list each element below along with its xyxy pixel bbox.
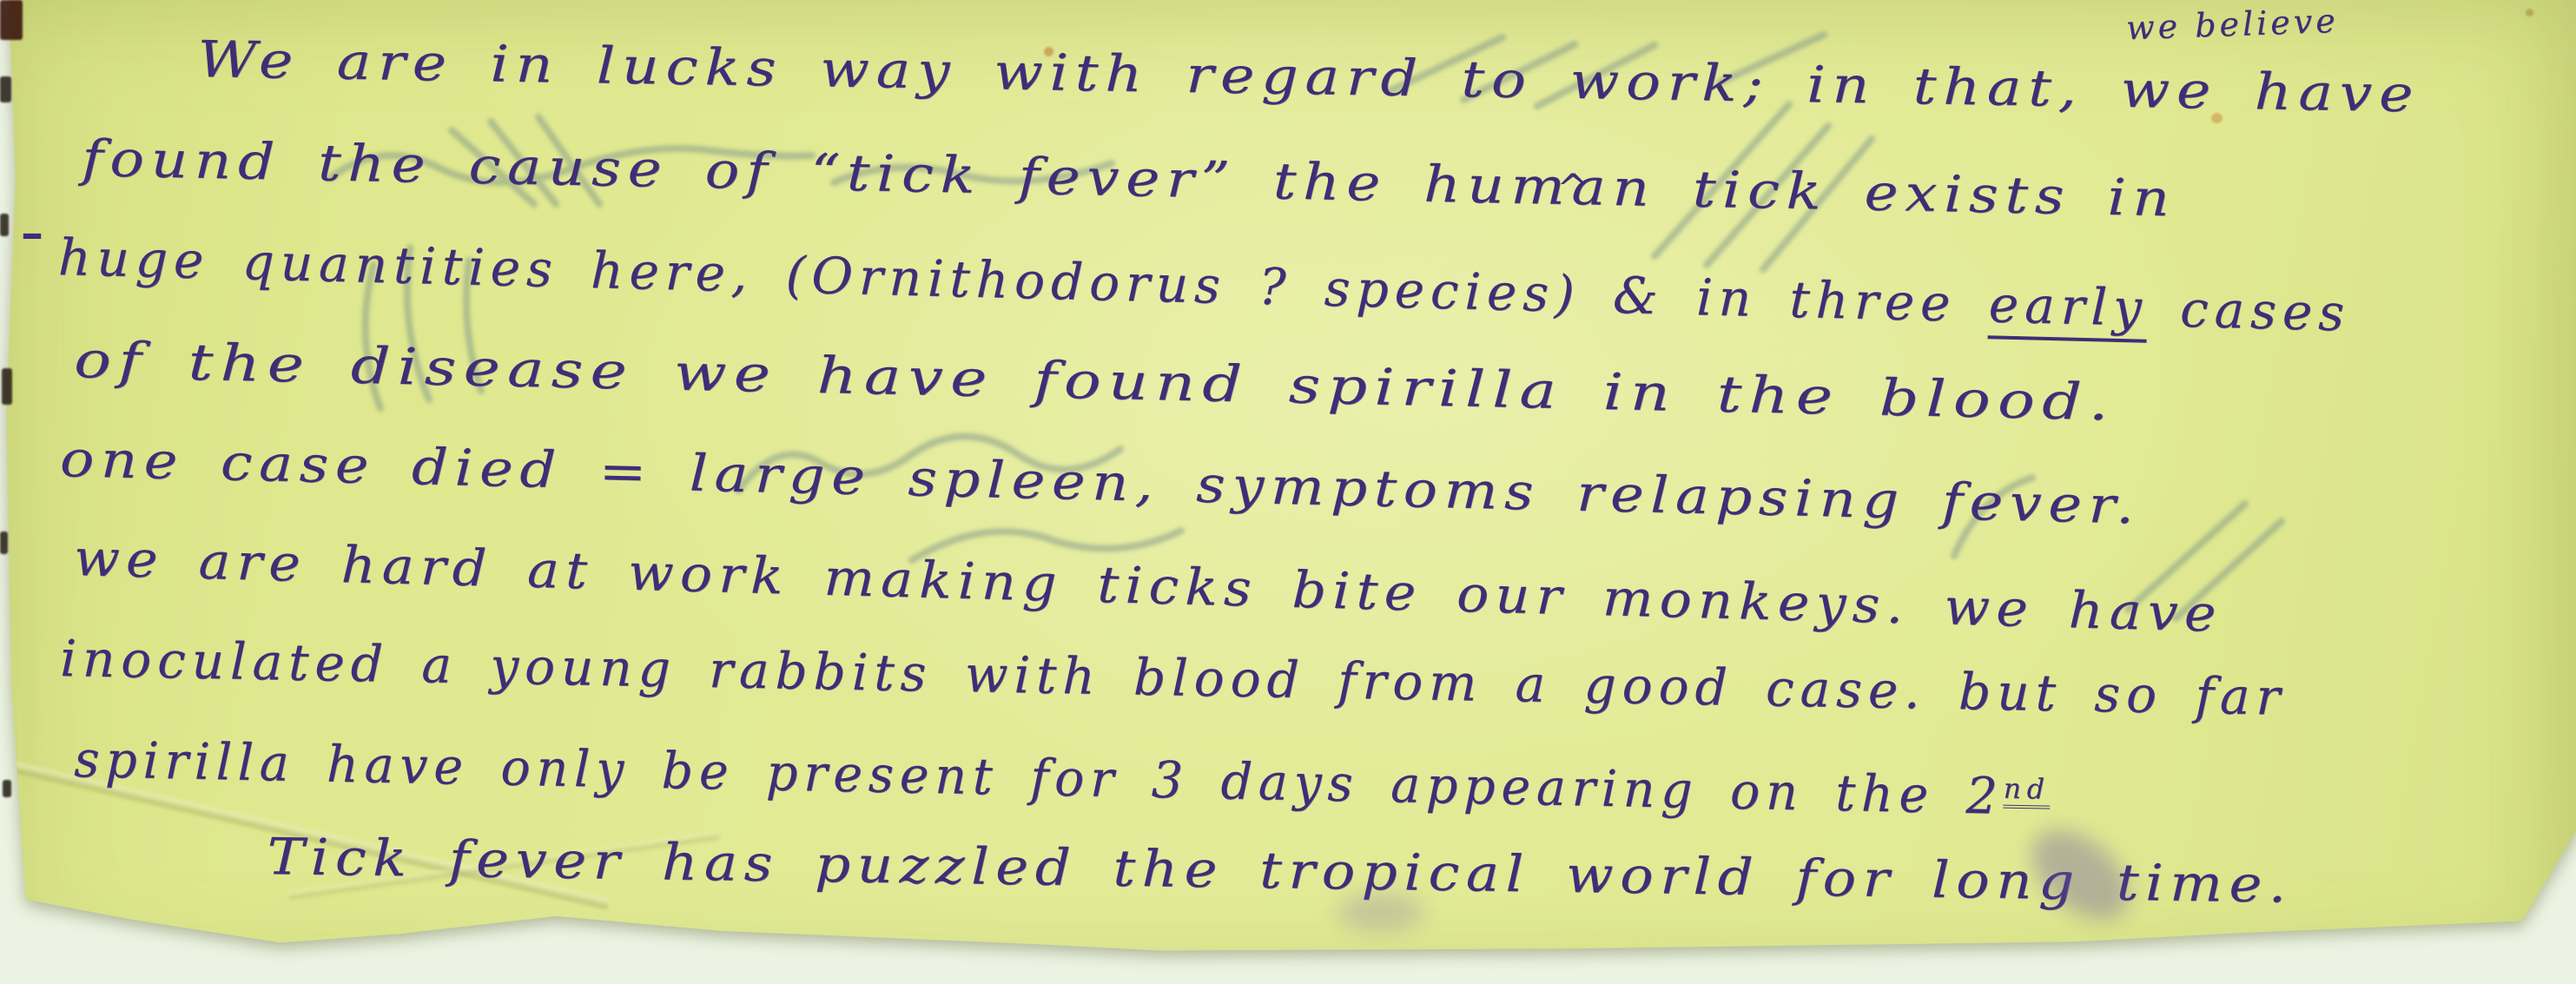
line-3-text-post: cases: [2147, 279, 2351, 343]
scan-edge-mark: [0, 76, 11, 102]
line-3-underlined-word: early: [1988, 274, 2149, 342]
margin-dash-mark: –: [21, 207, 43, 260]
paper-shadow-wrap: We are in lucks way with regard to work;…: [0, 0, 2576, 984]
ink-smudge: [1338, 893, 1424, 931]
scan-edge-mark: [2, 368, 12, 405]
interline-insertion-we-believe: we believe: [2125, 2, 2339, 48]
line-8-ordinal-superscript: nd: [2003, 772, 2051, 809]
scan-edge-mark: [0, 0, 23, 40]
scan-edge-mark: [0, 532, 8, 554]
paper-sheet: We are in lucks way with regard to work;…: [0, 0, 2576, 984]
scan-edge-mark: [3, 780, 11, 797]
scanned-letter-page: We are in lucks way with regard to work;…: [0, 0, 2576, 984]
scan-edge-mark: [0, 214, 9, 236]
